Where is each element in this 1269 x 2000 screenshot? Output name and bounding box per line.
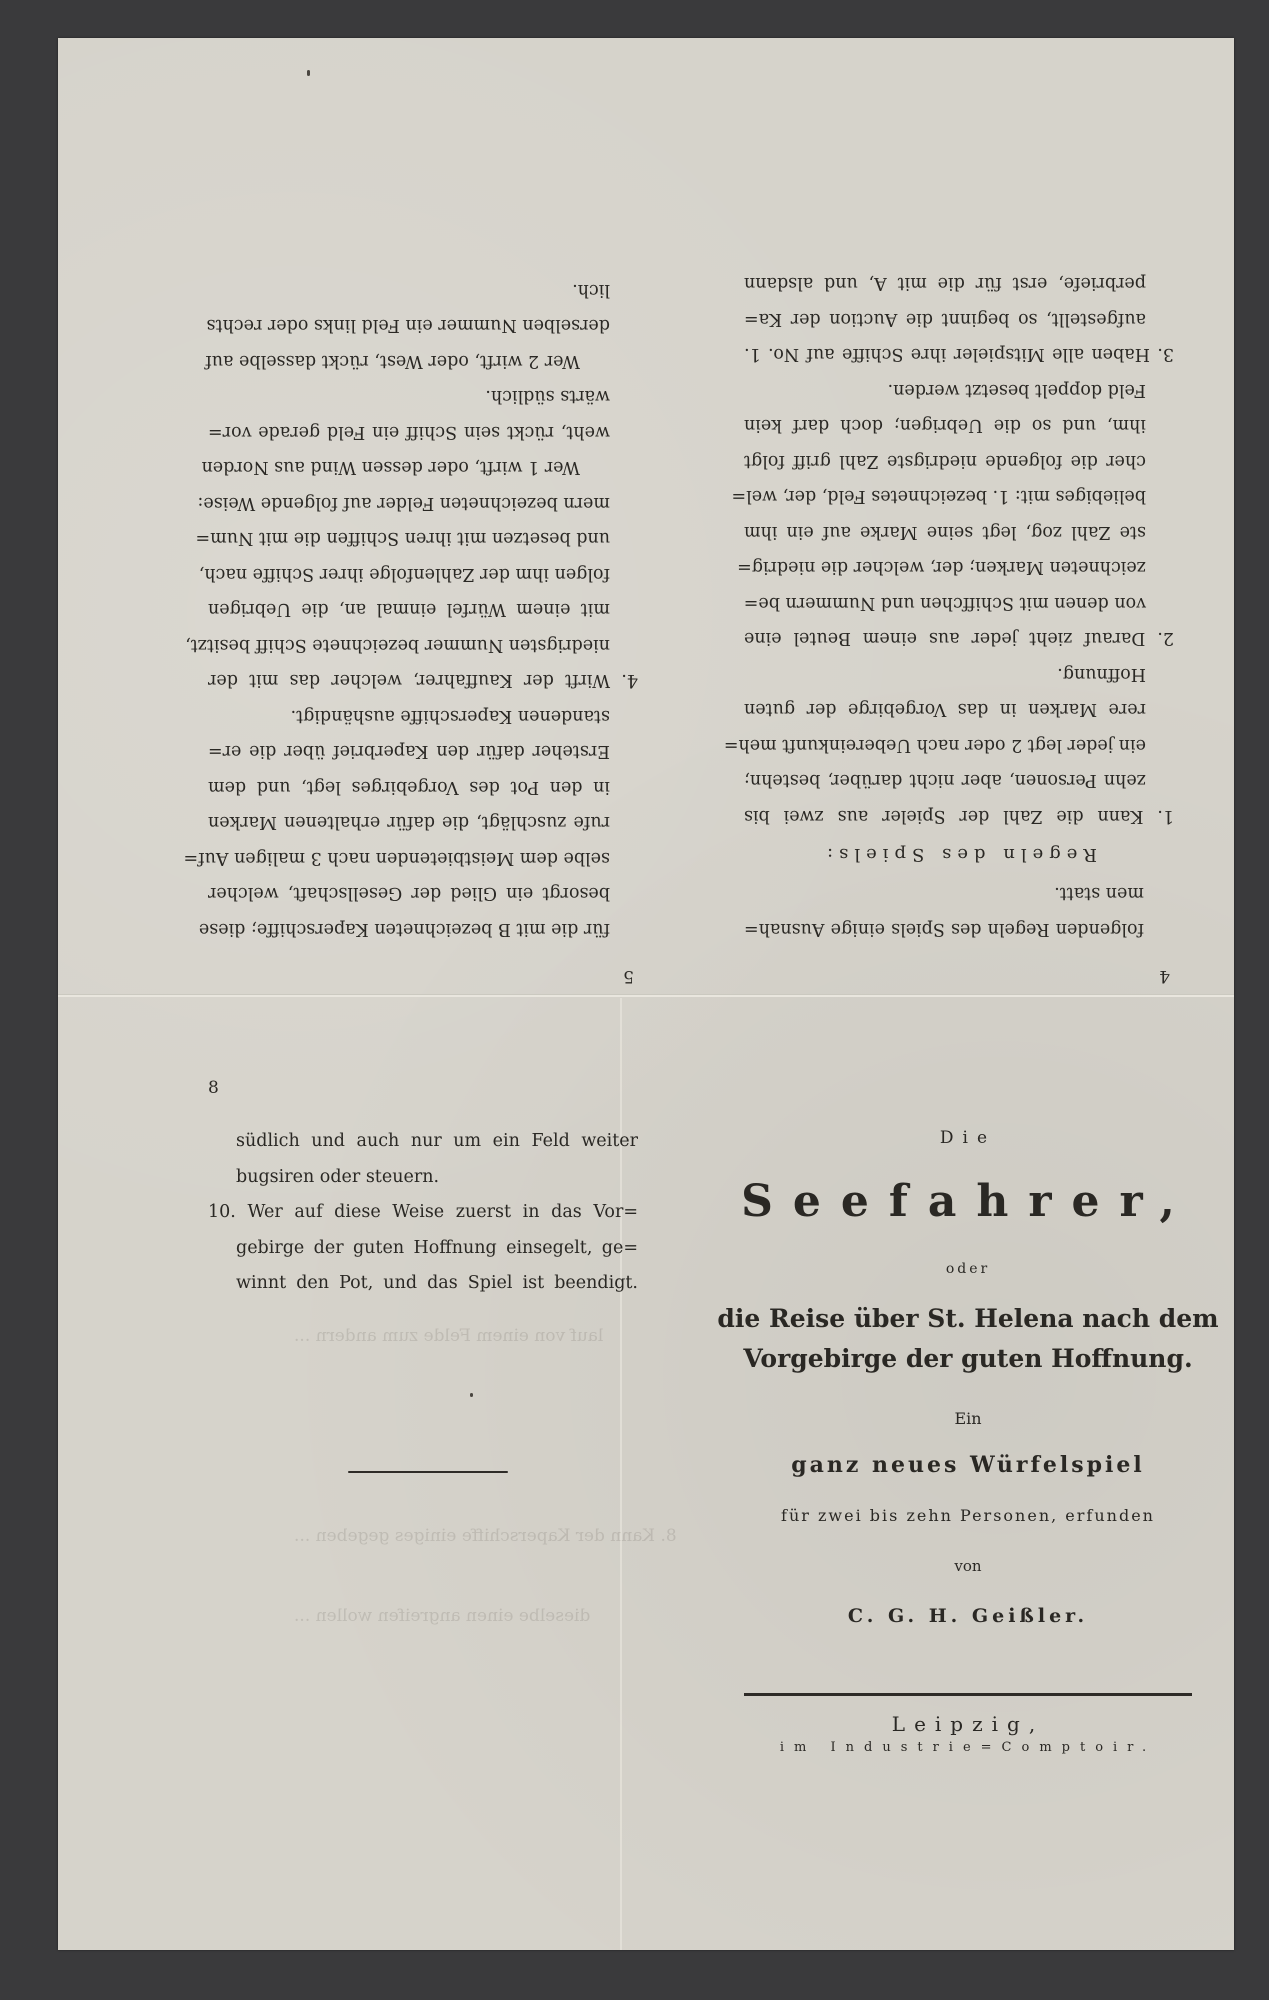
text-line: perbriefe, erst für die mit A, und alsda… <box>744 265 1174 301</box>
page-number: 4 <box>1159 966 1170 986</box>
title-article: Ein <box>698 1409 1238 1428</box>
show-through-text: 8. Kann der Kaperschiffe einiges gegeben… <box>294 1518 677 1554</box>
text-line: selbe dem Meistbietenden nach 3 maligen … <box>208 840 638 876</box>
text-line: von denen mit Schiffchen und Nummern be= <box>744 585 1174 621</box>
text-line: folgen ihm der Zahlenfolge ihrer Schiffe… <box>208 556 638 592</box>
text-line: rere Marken in das Vorgebirge der guten <box>744 691 1174 727</box>
text-line: für die mit B bezeichneten Kaperschiffe;… <box>208 911 638 947</box>
text-line: Wer 1 wirft, oder dessen Wind aus Norden <box>208 449 638 485</box>
text-line: ihm, und so die Uebrigen; doch darf kein <box>744 407 1174 443</box>
paper-speck <box>470 1393 473 1397</box>
horizontal-fold-line <box>58 994 1234 997</box>
title-page: Die Seefahrer, oder die Reise über St. H… <box>698 1088 1238 1755</box>
page-number: 8 <box>208 1078 638 1098</box>
text-line: zeichneten Marken; der, welcher die nied… <box>744 549 1174 585</box>
text-line: ein jeder legt 2 oder nach Uebereinkunft… <box>744 727 1174 763</box>
show-through-text: dieselbe einen angreifen wollen ... <box>294 1598 590 1634</box>
text-line: und besetzen mit ihren Schiffen die mit … <box>208 520 638 556</box>
text-line: wärts südlich. <box>208 378 638 414</box>
subtitle-line-2: Vorgebirge der guten Hoffnung. <box>698 1339 1238 1379</box>
text-line: mit einem Würfel einmal an, die Uebrigen <box>208 591 638 627</box>
page-4-upside-down: 4 folgenden Regeln des Spiels einige Aus… <box>744 156 1174 946</box>
title-pre: Die <box>698 1128 1238 1148</box>
text-line: Wer 2 wirft, oder West, rückt dasselbe a… <box>208 343 638 379</box>
text-line: Ersteher dafür den Kaperbrief über die e… <box>208 733 638 769</box>
text-line: ste Zahl zog, legt seine Marke auf ein i… <box>744 514 1174 550</box>
imprint-publisher: im Industrie=Comptoir. <box>698 1740 1238 1755</box>
text-line: men statt. <box>744 875 1174 911</box>
paper-speck <box>307 70 310 76</box>
text-line: in den Pot des Vorgebirges legt, und dem <box>208 769 638 805</box>
text-line: aufgestellt, so beginnt die Auction der … <box>744 301 1174 337</box>
text-line: Hoffnung. <box>744 656 1174 692</box>
text-line: mern bezeichneten Felder auf folgende We… <box>208 485 638 521</box>
text-line: Feld doppelt besetzt werden. <box>744 372 1174 408</box>
text-line: 4. Wirft der Kauffahrer, welcher das mit… <box>208 662 638 698</box>
page-5-upside-down: 5 für die mit B bezeichneten Kaperschiff… <box>208 156 638 946</box>
text-line: folgenden Regeln des Spiels einige Ausna… <box>744 911 1174 947</box>
text-line: rufe zuschlägt, die dafür erhaltenen Mar… <box>208 804 638 840</box>
text-line: 3. Haben alle Mitspieler ihre Schiffe au… <box>744 336 1174 372</box>
text-line: zehn Personen, aber nicht darüber, beste… <box>744 762 1174 798</box>
subtitle-line-1: die Reise über St. Helena nach dem <box>698 1299 1238 1339</box>
text-line: 10. Wer auf diese Weise zuerst in das Vo… <box>208 1195 638 1231</box>
main-title: Seefahrer, <box>698 1176 1238 1227</box>
show-through-text: lauf von einem Felde zum andern ... <box>294 1318 603 1354</box>
paper-sheet: 4 folgenden Regeln des Spiels einige Aus… <box>58 38 1234 1950</box>
end-rule <box>348 1471 508 1473</box>
text-line: bugsiren oder steuern. <box>208 1160 638 1196</box>
page-number: 5 <box>623 966 634 986</box>
players-line: für zwei bis zehn Personen, erfunden <box>698 1506 1238 1525</box>
text-line: gebirge der guten Hoffnung einsegelt, ge… <box>208 1231 638 1267</box>
page-8: 8 südlich und auch nur um ein Feld weite… <box>208 1088 638 1302</box>
text-line: standenen Kaperschiffe aushändigt. <box>208 698 638 734</box>
text-line: weht, rückt sein Schiff ein Feld gerade … <box>208 414 638 450</box>
title-connector: oder <box>698 1261 1238 1277</box>
imprint-rule <box>744 1693 1192 1696</box>
author-name: C. G. H. Geißler. <box>698 1605 1238 1627</box>
text-line: lich. <box>208 272 638 308</box>
genre-line: ganz neues Würfelspiel <box>698 1452 1238 1478</box>
text-line: cher die folgende niedrigste Zahl griff … <box>744 443 1174 479</box>
text-line: derselben Nummer ein Feld links oder rec… <box>208 307 638 343</box>
text-line: niedrigsten Nummer bezeichnete Schiff be… <box>208 627 638 663</box>
imprint-place: Leipzig, <box>698 1712 1238 1736</box>
text-line: besorgt ein Glied der Gesellschaft, welc… <box>208 875 638 911</box>
by-line: von <box>698 1557 1238 1575</box>
section-heading: Regeln des Spiels: <box>744 833 1174 875</box>
text-line: südlich und auch nur um ein Feld weiter <box>208 1124 638 1160</box>
text-line: 1. Kann die Zahl der Spieler aus zwei bi… <box>744 798 1174 834</box>
text-line: beliebiges mit: 1. bezeichnetes Feld, de… <box>744 478 1174 514</box>
text-line: winnt den Pot, und das Spiel ist beendig… <box>208 1266 638 1302</box>
text-line: 2. Darauf zieht jeder aus einem Beutel e… <box>744 620 1174 656</box>
